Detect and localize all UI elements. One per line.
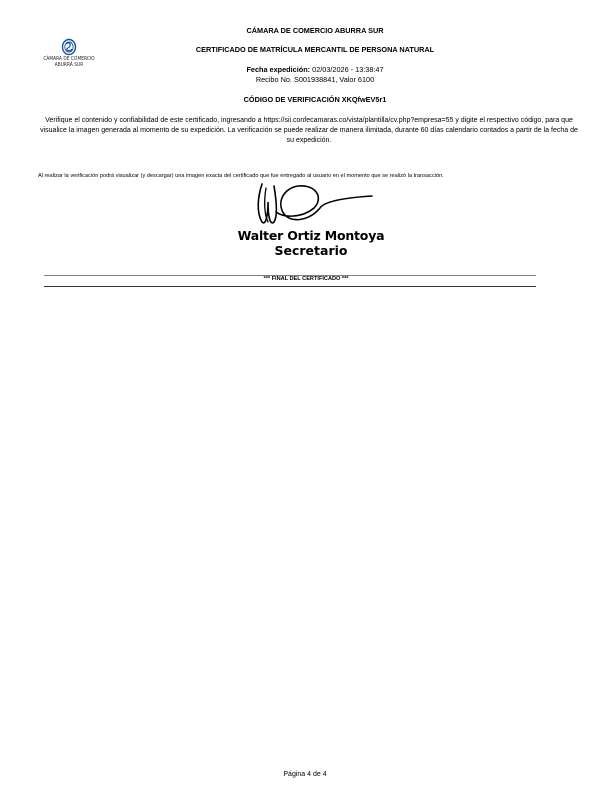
divider-bottom xyxy=(44,286,536,287)
page-number: Página 4 de 4 xyxy=(0,771,608,778)
verification-code: CÓDIGO DE VERIFICACIÓN XKQfwEV5r1 xyxy=(0,95,608,104)
receipt-info: Recibo No. S001938841, Valor 6100 xyxy=(0,75,608,84)
signatory-title: Secretario xyxy=(0,243,608,258)
issue-date-label: Fecha expedición: xyxy=(246,65,310,74)
signatory-name: Walter Ortiz Montoya xyxy=(0,228,608,243)
verification-instructions: Verifique el contenido y confiabilidad d… xyxy=(40,116,578,146)
end-of-certificate-label: *** FINAL DEL CERTIFICADO *** xyxy=(0,276,608,282)
issue-date-value: 02/03/2026 - 13:38:47 xyxy=(312,65,383,74)
issue-date: Fecha expedición: 02/03/2026 - 13:38:47 xyxy=(0,65,608,74)
chamber-name: CÁMARA DE COMERCIO ABURRA SUR xyxy=(0,26,608,35)
handwritten-signature-icon xyxy=(240,178,390,232)
certificate-title: CERTIFICADO DE MATRÍCULA MERCANTIL DE PE… xyxy=(0,45,608,54)
